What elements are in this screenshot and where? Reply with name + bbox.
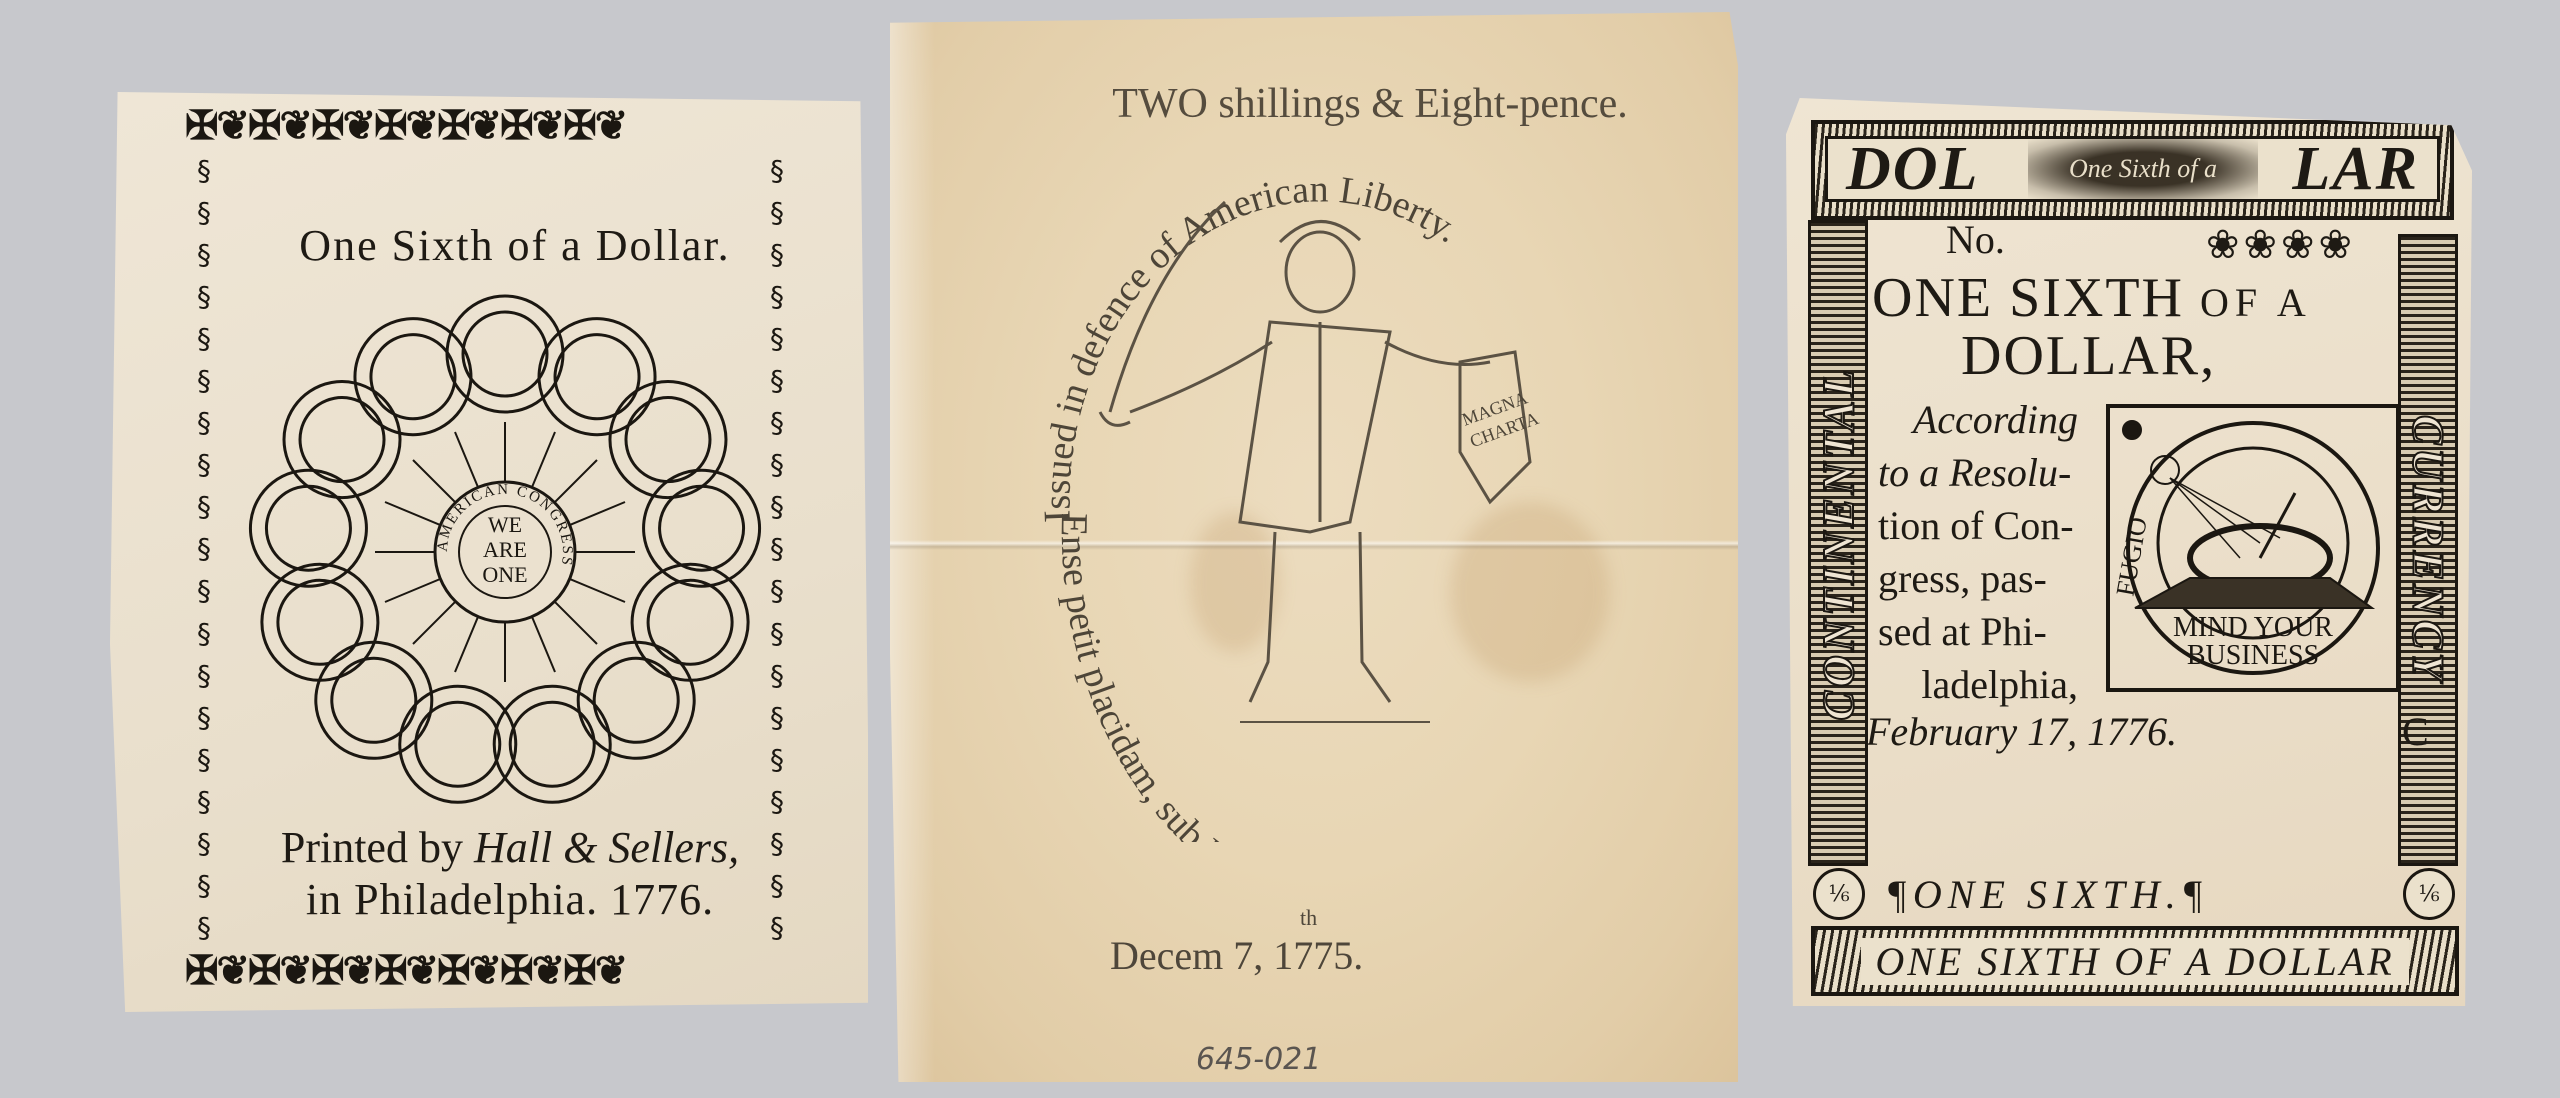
bottom-dollar-band: ONE SIXTH OF A DOLLAR: [1811, 926, 2459, 996]
note-two-shillings-eight-pence: TWO shillings & Eight-pence. Issued in d…: [890, 12, 1738, 1082]
left-continental-border: CONTINENTAL: [1808, 220, 1868, 866]
resolution-text: According to a Resolu- tion of Con- gres…: [1878, 393, 2078, 711]
bottom-denomination: ¶ONE SIXTH.¶: [1886, 871, 2209, 918]
linked-rings-emblem: WE ARE ONE AMERICAN CONGRESS: [235, 292, 775, 812]
motto-business: BUSINESS: [2187, 640, 2319, 671]
motto-we: WE: [488, 512, 522, 537]
denomination-title: TWO shillings & Eight-pence.: [1070, 80, 1670, 128]
band-dol: DOL: [1846, 134, 1979, 205]
printer-line: Printed by Hall & Sellers,: [210, 822, 810, 873]
right-currency-border: CURRENCY: [2398, 234, 2458, 866]
arc-top-text: Issued in defence of American Liberty.: [1036, 168, 1466, 523]
band-lar: LAR: [2292, 134, 2419, 205]
resolution-date: February 17, 1776.: [1866, 708, 2177, 755]
denomination-title: One Sixth of a Dollar.: [225, 220, 805, 271]
continental-text: CONTINENTAL: [1813, 366, 1864, 720]
motto-are: ARE: [483, 537, 527, 562]
issue-date: Decem 7, 1775.: [1110, 932, 1363, 979]
note-continental-currency: DOL LAR One Sixth of a CONTINENTAL ⅙ CUR…: [1786, 98, 2472, 1006]
note-one-sixth-dollar-chain: ✠❦✠❦✠❦✠❦✠❦✠❦✠❦ ✠❦✠❦✠❦✠❦✠❦✠❦✠❦ §§§§§§§§§§…: [110, 92, 868, 1012]
ornament-row: ✠❦✠❦✠❦✠❦✠❦✠❦✠❦: [185, 102, 626, 149]
fugio-text: FUGIO: [2110, 515, 2152, 598]
currency-text: CURRENCY: [2403, 415, 2454, 684]
headline: ONE SIXTH OF A: [1872, 266, 2312, 330]
place-year-line: in Philadelphia. 1776.: [210, 874, 810, 925]
top-ornament-border: ✠❦✠❦✠❦✠❦✠❦✠❦✠❦: [185, 102, 813, 148]
motto-mind-your: MIND YOUR: [2173, 612, 2333, 643]
printer-name: Hall & Sellers,: [474, 823, 739, 872]
fraction-medallion-right: ⅙: [2403, 868, 2455, 920]
motto-one: ONE: [482, 562, 527, 587]
inventory-number: 645-021: [1196, 1042, 1321, 1077]
plate-letter: C: [2402, 708, 2429, 755]
bottom-ornament-border: ✠❦✠❦✠❦✠❦✠❦✠❦✠❦: [185, 947, 813, 993]
fugio-sundial-emblem: MIND YOUR BUSINESS FUGIO: [2106, 404, 2400, 692]
svg-text:Issued in defence of American: Issued in defence of American Liberty.: [1036, 168, 1466, 523]
serial-number-label: No.: [1946, 216, 2005, 263]
date-superscript: th: [1300, 905, 1317, 931]
soldier-emblem: Issued in defence of American Liberty. E…: [1010, 122, 1630, 842]
rosette-ornaments: ❀❀❀❀: [2206, 222, 2356, 268]
headline-dollar: DOLLAR,: [1961, 324, 2216, 388]
top-dollar-band: DOL LAR One Sixth of a: [1811, 120, 2454, 220]
ornament-row: ✠❦✠❦✠❦✠❦✠❦✠❦✠❦: [185, 947, 626, 994]
fraction-medallion-left: ⅙: [1813, 868, 1865, 920]
band-scroll: One Sixth of a: [2028, 139, 2258, 199]
soldier-figure: [1100, 202, 1530, 722]
